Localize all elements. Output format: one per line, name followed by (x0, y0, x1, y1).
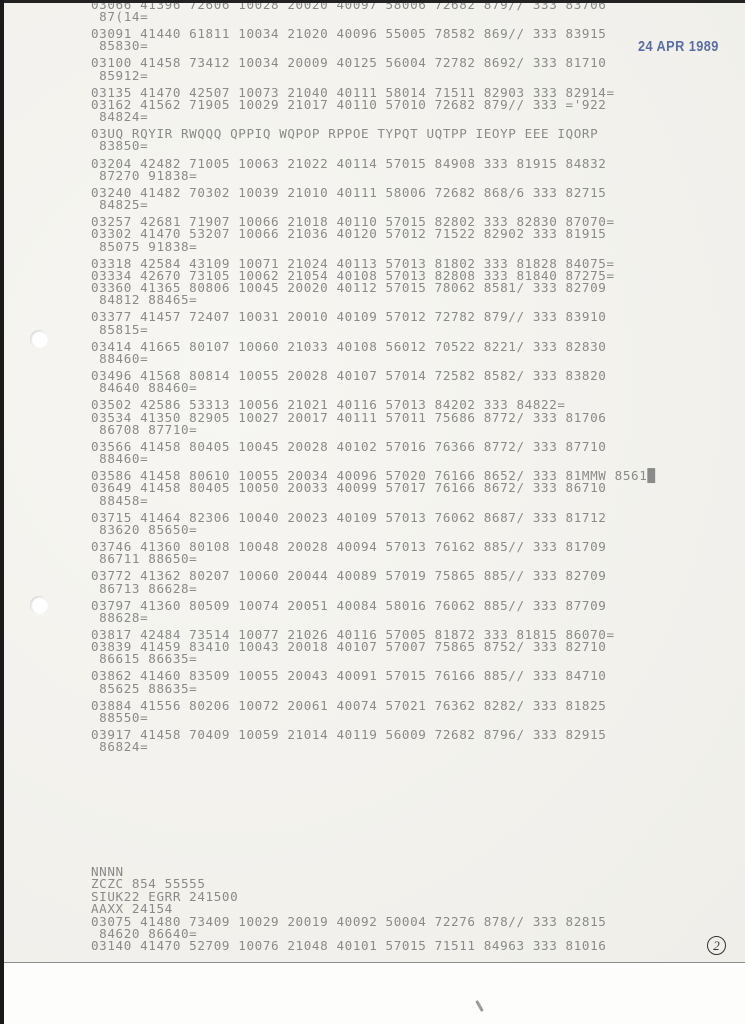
continuation-line: 83620 85650= (91, 524, 656, 536)
observation-line: 03414 41665 80107 10060 21033 40108 5601… (91, 341, 656, 353)
continuation-line: 85830= (91, 40, 656, 52)
scanned-page: 03066 41396 72606 10028 20020 40097 5800… (4, 0, 745, 963)
continuation-line: 86824= (91, 741, 656, 753)
continuation-line: 86615 86635= (91, 653, 656, 665)
scan-top-edge (0, 0, 745, 3)
continuation-line: 88458= (91, 495, 656, 507)
continuation-line: 88550= (91, 712, 656, 724)
continuation-line: 86708 87710= (91, 424, 656, 436)
continuation-line: 84812 88465= (91, 294, 656, 306)
observation-line: 03377 41457 72407 10031 20010 40109 5701… (91, 311, 656, 323)
observation-line: 03162 41562 71905 10029 21017 40110 5701… (91, 99, 656, 111)
punch-hole (30, 596, 48, 614)
continuation-line: 87270 91838= (91, 170, 656, 182)
continuation-line: 88628= (91, 612, 656, 624)
continuation-line: 86713 86628= (91, 583, 656, 595)
continuation-line: 84825= (91, 199, 656, 211)
observation-line: 03884 41556 80206 10072 20061 40074 5702… (91, 700, 656, 712)
scan-speck (475, 1000, 484, 1012)
continuation-line: 85075 91838= (91, 241, 656, 253)
observation-line: 03649 41458 80405 10050 20033 40099 5701… (91, 482, 656, 494)
continuation-line: 88460= (91, 353, 656, 365)
observation-line: 03797 41360 80509 10074 20051 40084 5801… (91, 600, 656, 612)
page-number-circled: 2 (707, 936, 726, 955)
continuation-line: 85625 88635= (91, 683, 656, 695)
observation-line: 03091 41440 61811 10034 21020 40096 5500… (91, 28, 656, 40)
teletype-observation-block: 03066 41396 72606 10028 20020 40097 5800… (91, 0, 656, 754)
continuation-line: 85815= (91, 324, 656, 336)
continuation-line: 85912= (91, 70, 656, 82)
observation-line: 03UQ RQYIR RWQQQ QPPIQ WQPOP RPPOE TYPQT… (91, 128, 656, 140)
scan-left-edge (0, 0, 4, 1024)
next-bulletin-header: NNNNZCZC 854 55555SIUK22 EGRR 241500AAXX… (91, 866, 606, 953)
continuation-line: 84824= (91, 111, 656, 123)
observation-line: 03566 41458 80405 10045 20028 40102 5701… (91, 441, 656, 453)
observation-line: 03240 41482 70302 10039 21010 40111 5800… (91, 187, 656, 199)
date-stamp: 24 APR 1989 (638, 38, 719, 55)
observation-line: 03917 41458 70409 10059 21014 40119 5600… (91, 729, 656, 741)
bulletin-line: 03140 41470 52709 10076 21048 40101 5701… (91, 940, 606, 952)
punch-hole (30, 330, 48, 348)
continuation-line: 87(14= (91, 11, 656, 23)
continuation-line: 84640 88460= (91, 382, 656, 394)
continuation-line: 83850= (91, 140, 656, 152)
observation-line: 03100 41458 73412 10034 20009 40125 5600… (91, 57, 656, 69)
continuation-line: 86711 88650= (91, 553, 656, 565)
continuation-line: 88460= (91, 453, 656, 465)
